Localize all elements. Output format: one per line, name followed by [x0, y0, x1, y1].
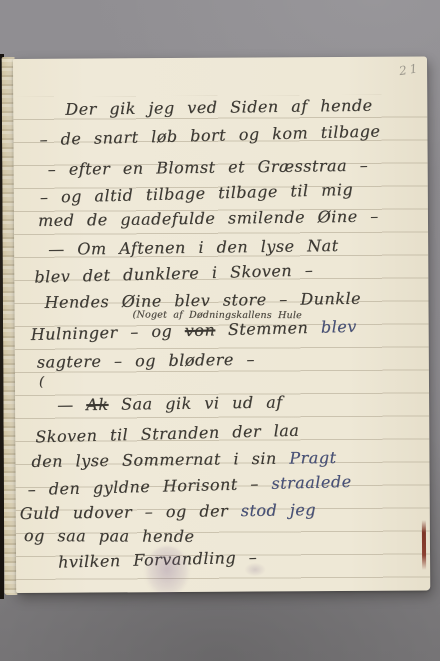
manuscript-line: med de gaadefulde smilende Øine – [38, 207, 379, 230]
struck-word: Ak [86, 395, 108, 414]
ink-smudge [244, 562, 266, 576]
page-number-pencil: 21 [398, 61, 421, 78]
manuscript-line: Skoven til Stranden der laa [35, 421, 299, 447]
cover-edge-sliver [422, 520, 426, 570]
line-segment: – den gyldne Horisont – [27, 474, 271, 499]
line-segment: den lyse Sommernat i sin [31, 449, 289, 471]
blue-ink-word: blev [321, 317, 357, 337]
line-segment: Guld udover – og der [20, 501, 241, 523]
manuscript-line: Hendes Øine blev store – Dunkle [44, 289, 361, 312]
manuscript-line: Hulninger – og von Stemmen blev [30, 317, 356, 344]
manuscript-line: Guld udover – og der stod jeg [20, 500, 316, 523]
manuscript-line: – efter en Blomst et Græsstraa – [48, 156, 369, 179]
line-segment: Saa gik vi ud af [108, 393, 282, 414]
line-segment: Stemmen [215, 318, 321, 340]
caret-mark: ( [39, 375, 45, 390]
line-segment: Hulninger – og [30, 321, 185, 344]
struck-word: von [185, 320, 216, 340]
manuscript-line: Der gik jeg ved Siden af hende [65, 96, 373, 119]
manuscript-page: 21 Der gik jeg ved Siden af hende – de s… [13, 56, 430, 593]
manuscript-line: – og altid tilbage tilbage til mig [40, 180, 354, 207]
manuscript-photo: 21 Der gik jeg ved Siden af hende – de s… [0, 0, 440, 661]
manuscript-line: — Om Aftenen i den lyse Nat [48, 236, 339, 259]
ink-smudge [144, 546, 190, 598]
blue-ink-word: straalede [271, 472, 352, 493]
manuscript-line: — Ak Saa gik vi ud af [57, 393, 283, 415]
manuscript-line: – den gyldne Horisont – straalede [27, 472, 351, 499]
manuscript-line: – de snart løb bort og kom tilbage [39, 121, 380, 149]
manuscript-line: den lyse Sommernat i sin Pragt [31, 448, 336, 471]
manuscript-line: blev det dunklere i Skoven – [34, 260, 313, 286]
blue-ink-word: Pragt [289, 448, 336, 468]
manuscript-line: sagtere – og blødere – [37, 350, 255, 372]
blue-ink-word: stod jeg [241, 500, 317, 520]
manuscript-line: og saa paa hende [24, 526, 195, 546]
line-segment: — [57, 395, 86, 414]
